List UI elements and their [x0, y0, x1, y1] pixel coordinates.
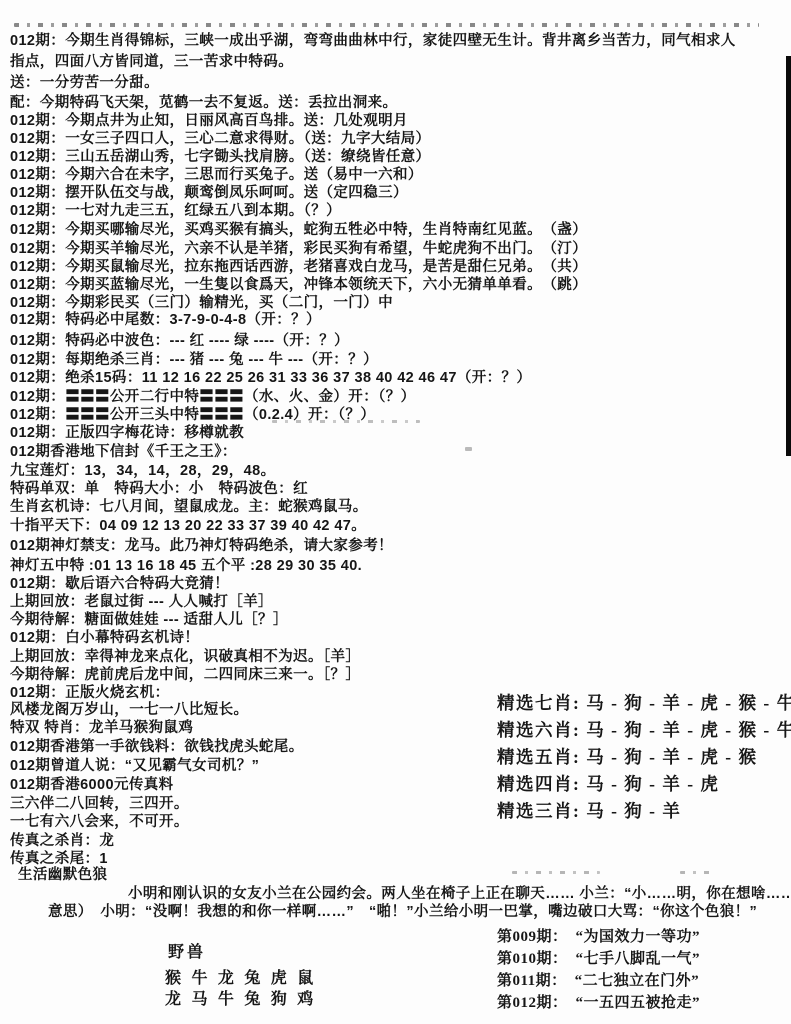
tip-line: 配：今期特码飞天架，苋鹤一去不复返。送：丢拉出洞来。 — [10, 95, 397, 112]
tip-line: 012期：今期彩民买（三门）输精光，买（二门，一门）中 — [10, 295, 393, 312]
selection-line: 精选四肖: 马 - 狗 - 羊 - 虎 — [497, 774, 719, 795]
tip-line: 012期：〓〓〓公开二行中特〓〓〓（水、火、金）开：（？） — [10, 389, 416, 406]
tip-line: 012期：一七对九走三五，红绿五八到本期。（？） — [10, 203, 341, 220]
tip-line: 九宝莲灯：13，34，14，28，29，48。 — [10, 463, 275, 480]
scan-speck-artifact — [465, 447, 472, 451]
tip-line: 今期待解：糖面做娃娃 --- 适甜人儿［？］ — [10, 612, 288, 629]
tip-line: 012期：一女三子四口人，三心二意求得财。（送：九字大结局） — [10, 131, 430, 148]
selection-line: 精选七肖: 马 - 狗 - 羊 - 虎 - 猴 - 牛 - 龙 — [497, 693, 791, 714]
faint-dots-artifact — [512, 871, 600, 874]
faint-dots-artifact — [680, 871, 714, 874]
cut-off-text-artifact — [14, 23, 759, 27]
tip-line: 012期：摆开队伍交与战，颠鸾倒凤乐呵呵。送（定四稳三） — [10, 185, 408, 202]
tip-line: 012期：今期买哪输尽光，买鸡买猴有搞头，蛇狗五牲必中特，生肖特南红见蓝。 （盏… — [10, 222, 587, 239]
humor-line: 生活幽默色狼 — [18, 867, 107, 884]
humor-line: 意思） 小明：“没啊！我想的和你一样啊……” “啪！”小兰给小明一巴掌，嘴边破口… — [48, 904, 757, 921]
tip-line: 上期回放：幸得神龙来点化，识破真相不为迟。［羊］ — [10, 649, 360, 666]
tip-line: 十指平天下：04 09 12 13 20 22 33 37 39 40 42 4… — [10, 518, 366, 535]
issue-line: 第012期： “一五四五被抢走” — [497, 994, 700, 1012]
tip-line: 012期：绝杀15码：11 12 16 22 25 26 31 33 36 37… — [10, 370, 531, 387]
tip-line: 012期：今期买羊输尽光，六亲不认是羊猪，彩民买狗有希望，牛蛇虎狗不出门。 （汀… — [10, 241, 587, 258]
tip-line: 012期：特码必中波色：--- 红 ---- 绿 ----（开：？） — [10, 333, 349, 350]
tip-line: 012期：歇后语六合特码大竞猜！ — [10, 576, 229, 593]
tip-line: 传真之杀尾：1 — [10, 851, 108, 868]
selection-line: 精选三肖: 马 - 狗 - 羊 — [497, 801, 681, 822]
tip-line: 生肖玄机诗：七八月间，望鼠成龙。主：蛇猴鸡鼠马。 — [10, 499, 368, 516]
tip-line: 012期神灯禁支：龙马。此乃神灯特码绝杀，请大家参考！ — [10, 538, 393, 555]
tip-line: 012期：特码必中尾数：3-7-9-0-4-8（开：？） — [10, 312, 321, 329]
tip-line: 012期：正版四字梅花诗：移樽就教 — [10, 425, 244, 442]
tip-line: 012期曾道人说：“又见霸气女司机？” — [10, 758, 259, 775]
tip-line: 特码单双：单 特码大小：小 特码波色：红 — [10, 481, 308, 498]
issue-line: 第010期： “七手八脚乱一气” — [497, 950, 700, 968]
tip-line: 012期：今期买蓝输尽光，一生隻以食爲天，冲锋本领统天下，六小无猜单单看。 （跳… — [10, 277, 587, 294]
issue-line: 第011期： “二七独立在门外” — [497, 972, 699, 990]
tip-line: 送：一分劳苦一分甜。 — [10, 75, 159, 92]
beast-line: 龙 马 牛 兔 狗 鸡 — [165, 990, 316, 1009]
tip-line: 特双 特肖：龙羊马猴狗鼠鸡 — [10, 720, 193, 737]
beast-line: 猴 牛 龙 兔 虎 鼠 — [165, 969, 316, 988]
tip-line: 上期回放：老鼠过街 --- 人人喊打［羊］ — [10, 594, 273, 611]
tip-line: 012期香港地下信封《千王之王》： — [10, 444, 237, 461]
tip-line: 012期香港6000元传真料 — [10, 777, 174, 794]
tip-line: 012期：三山五岳湖山秀，七字锄头找肩膀。（送：缭绕皆任意） — [10, 149, 430, 166]
tip-line: 012期：白小幕特码玄机诗！ — [10, 630, 199, 647]
tip-line: 012期：正版火烧玄机： — [10, 685, 170, 702]
tip-line: 三六伴二八回转，三四开。 — [10, 796, 189, 813]
selection-line: 精选六肖: 马 - 狗 - 羊 - 虎 - 猴 - 牛 — [497, 720, 791, 741]
selection-line: 精选五肖: 马 - 狗 - 羊 - 虎 - 猴 — [497, 747, 758, 768]
tip-line: 012期：〓〓〓公开三头中特〓〓〓（0.2.4）开：（？） — [10, 407, 375, 424]
tip-line: 一七有六八会来，不可开。 — [10, 814, 189, 831]
tip-line: 012期：今期生肖得锦标，三峡一成出乎湖，弯弯曲曲林中行，家徒四壁无生计。背井离… — [10, 33, 736, 50]
humor-line: 小明和刚认识的女友小兰在公园约会。两人坐在椅子上正在聊天…… 小兰：“小……明，… — [128, 886, 791, 903]
issue-line: 第009期： “为国效力一等功” — [497, 928, 700, 946]
beast-line: 野兽 — [168, 943, 206, 962]
tip-line: 012期：今期买鼠输尽光，拉东拖西话西游，老猪喜戏白龙马，是苦是甜仨兄弟。 （共… — [10, 259, 587, 276]
tip-line: 风楼龙阁万岁山，一七一八比短长。 — [10, 702, 248, 719]
tip-line: 今期待解：虎前虎后龙中间，二四同床三来一。［？］ — [10, 667, 360, 684]
tip-line: 012期：每期绝杀三肖：--- 猪 --- 兔 --- 牛 ---（开：？） — [10, 352, 378, 369]
tip-line: 传真之杀肖：龙 — [10, 833, 114, 850]
scan-edge-bar — [786, 56, 791, 456]
tip-line: 指点，四面八方皆同道，三一苦求中特码。 — [10, 54, 293, 71]
tip-line: 012期：今期六合在未字，三思而行买兔子。送（易中一六和） — [10, 167, 423, 184]
lottery-tip-sheet-page: 012期：今期生肖得锦标，三峡一成出乎湖，弯弯曲曲林中行，家徒四壁无生计。背井离… — [0, 0, 791, 1024]
tip-line: 神灯五中特 :01 13 16 18 45 五个平 :28 29 30 35 4… — [10, 558, 362, 575]
tip-line: 012期：今期点井为止知，日丽风高百鸟排。送：几处观明月 — [10, 113, 408, 130]
tip-line: 012期香港第一手欲钱料：欲钱找虎头蛇尾。 — [10, 739, 304, 756]
